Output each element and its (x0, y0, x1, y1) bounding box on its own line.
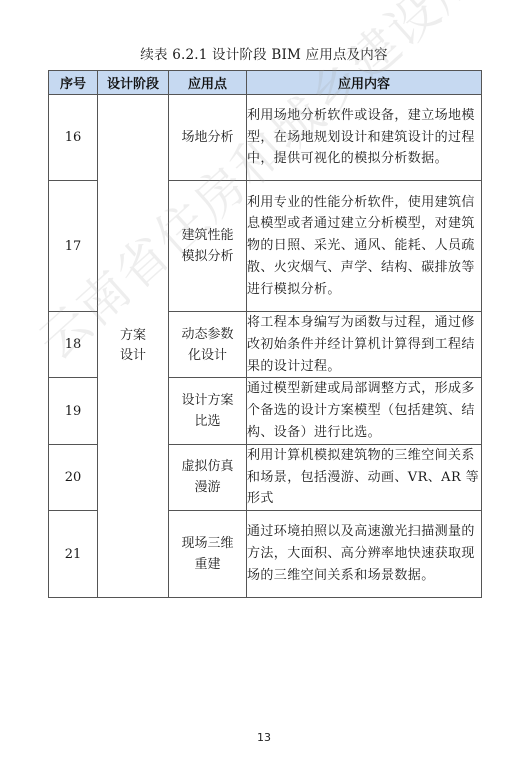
application-content: 利用场地分析软件或设备，建立场地模型，在场地规划设计和建筑设计的过程中，提供可视… (247, 95, 482, 181)
row-number: 20 (49, 444, 98, 510)
stage-line: 方案 (98, 326, 168, 346)
stage-line: 设计 (98, 346, 168, 366)
row-number: 18 (49, 312, 98, 378)
application-content: 通过环境拍照以及高速激光扫描测量的方法，大面积、高分辨率地快速获取现场的三维空间… (247, 511, 482, 598)
application-point: 现场三维 重建 (169, 511, 247, 598)
table-caption: 续表 6.2.1 设计阶段 BIM 应用点及内容 (0, 46, 528, 64)
table-row: 16 方案 设计 场地分析 利用场地分析软件或设备，建立场地模型，在场地规划设计… (49, 95, 482, 181)
point-line: 比选 (169, 411, 246, 432)
point-line: 设计方案 (169, 390, 246, 411)
row-number: 17 (49, 181, 98, 312)
header-serial-no: 序号 (49, 71, 98, 95)
point-line: 重建 (169, 554, 246, 575)
application-point: 建筑性能 模拟分析 (169, 181, 247, 312)
point-line: 场地分析 (169, 127, 246, 148)
point-line: 现场三维 (169, 533, 246, 554)
application-point: 动态参数 化设计 (169, 312, 247, 378)
row-number: 16 (49, 95, 98, 181)
bim-application-table: 序号 设计阶段 应用点 应用内容 16 方案 设计 场地分析 利用场地分析软件或… (48, 70, 482, 598)
point-line: 建筑性能 (169, 225, 246, 246)
application-content: 将工程本身编写为函数与过程，通过修改初始条件并经计算机计算得到工程结果的设计过程… (247, 312, 482, 378)
header-design-stage: 设计阶段 (98, 71, 169, 95)
application-point: 设计方案 比选 (169, 378, 247, 444)
point-line: 虚拟仿真 (169, 456, 246, 477)
point-line: 模拟分析 (169, 246, 246, 267)
row-number: 19 (49, 378, 98, 444)
point-line: 漫游 (169, 477, 246, 498)
application-point: 虚拟仿真 漫游 (169, 444, 247, 510)
header-application-point: 应用点 (169, 71, 247, 95)
row-number: 21 (49, 511, 98, 598)
point-line: 化设计 (169, 345, 246, 366)
table-header-row: 序号 设计阶段 应用点 应用内容 (49, 71, 482, 95)
application-content: 利用计算机模拟建筑物的三维空间关系和场景，包括漫游、动画、VR、AR 等形式 (247, 444, 482, 510)
design-stage-cell: 方案 设计 (98, 95, 169, 598)
page-number: 13 (0, 731, 528, 744)
application-content: 通过模型新建或局部调整方式，形成多个备选的设计方案模型（包括建筑、结构、设备）进… (247, 378, 482, 444)
header-application-content: 应用内容 (247, 71, 482, 95)
point-line: 动态参数 (169, 324, 246, 345)
application-content: 利用专业的性能分析软件，使用建筑信息模型或者通过建立分析模型，对建筑物的日照、采… (247, 181, 482, 312)
application-point: 场地分析 (169, 95, 247, 181)
